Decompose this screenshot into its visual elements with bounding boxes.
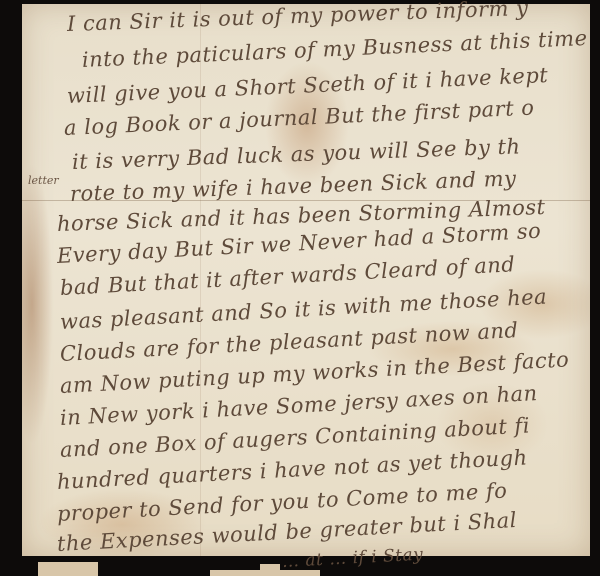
paper-fragment: [260, 564, 280, 576]
margin-note: letter: [28, 174, 59, 187]
handwritten-text: I can Sir it is out of my power to infor…: [22, 4, 590, 556]
letter-page: I can Sir it is out of my power to infor…: [22, 4, 590, 556]
text-line: … at … if i Stay: [281, 545, 423, 572]
paper-fragment: [38, 562, 98, 576]
